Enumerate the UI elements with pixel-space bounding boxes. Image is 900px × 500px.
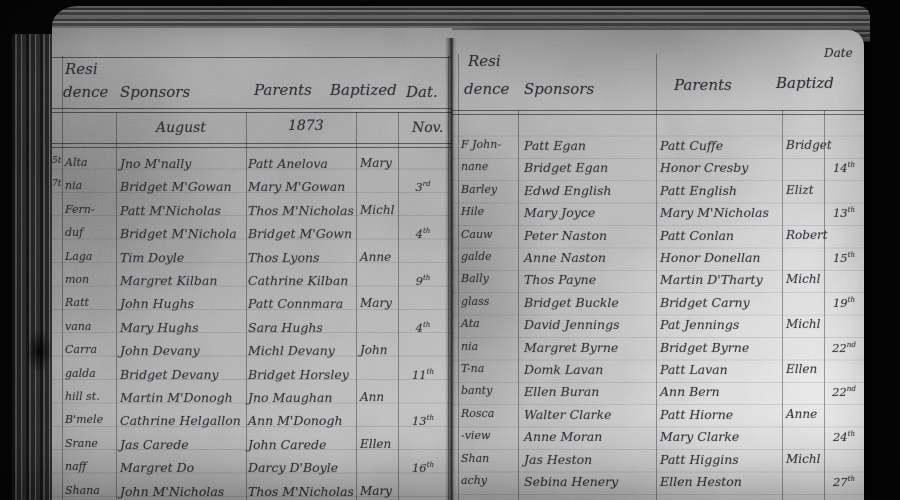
cell-date: 14th bbox=[826, 160, 862, 175]
cell-sponsor: Thos Payne bbox=[524, 272, 596, 287]
register-book-photo: Resi dence Sponsors Parents Baptized Dat… bbox=[0, 0, 900, 500]
cell-baptized: Ellen bbox=[360, 437, 391, 451]
cell-residence: achy bbox=[461, 474, 517, 487]
cell-parents: Patt Anelova bbox=[248, 156, 328, 171]
cell-parents: Jno Maughan bbox=[248, 390, 332, 405]
right-page: Resi dence Sponsors Parents Baptizd Date… bbox=[452, 30, 864, 500]
cell-sponsor: Jas Carede bbox=[120, 437, 189, 452]
cell-sponsor: Bridget M'Nichola bbox=[120, 226, 237, 241]
cell-date: 16th bbox=[400, 460, 446, 475]
header-residence-top: Resi bbox=[468, 52, 501, 70]
cell-sponsor: Tim Doyle bbox=[120, 250, 184, 265]
header-residence-bottom: dence bbox=[464, 80, 509, 98]
cell-date: 19th bbox=[826, 295, 862, 310]
cell-date: 11th bbox=[400, 367, 446, 382]
header-baptized: Baptizd bbox=[776, 74, 834, 92]
header-date: Date bbox=[824, 46, 853, 60]
cell-residence: banty bbox=[461, 384, 517, 397]
cell-sponsor: John Hughs bbox=[120, 296, 194, 311]
register-row: RoscaWalter ClarkePatt HiorneAnne bbox=[452, 407, 864, 429]
cell-residence: nia bbox=[65, 179, 117, 192]
register-row: naneBridget EganHonor Cresby14th bbox=[452, 160, 864, 182]
cell-baptized: Ann bbox=[360, 390, 384, 404]
register-row: T-naDomk LavanPatt LavanEllen bbox=[452, 362, 864, 384]
ink-blot bbox=[26, 328, 52, 374]
cell-parents: Ann Bern bbox=[660, 384, 720, 399]
cell-residence: T-na bbox=[461, 362, 517, 375]
register-row: dufBridget M'NicholaBridget M'Gown4th bbox=[52, 226, 452, 248]
cell-date: 24th bbox=[826, 429, 862, 444]
register-row: achySebina HeneryEllen Heston27th bbox=[452, 474, 864, 496]
cell-sponsor: Jas Heston bbox=[524, 452, 592, 467]
cell-sponsor: Bridget Buckle bbox=[524, 295, 619, 310]
cell-date: 13th bbox=[400, 413, 446, 428]
cell-residence: Laga bbox=[65, 250, 117, 263]
cell-sponsor: Walter Clarke bbox=[524, 407, 612, 422]
cell-sponsor: Bridget Egan bbox=[524, 160, 608, 175]
cell-date: 13th bbox=[826, 205, 862, 220]
cell-parents: Patt Connmara bbox=[248, 296, 343, 311]
cell-residence: Alta bbox=[65, 156, 117, 169]
cell-sponsor: Margret Kilban bbox=[120, 273, 217, 288]
cell-parents: Thos Lyons bbox=[248, 250, 319, 265]
cell-baptized: Mary bbox=[360, 296, 392, 310]
header-parents: Parents bbox=[674, 76, 732, 94]
cell-date: 4th bbox=[400, 320, 446, 335]
register-row: AtaDavid JenningsPat JenningsMichl bbox=[452, 317, 864, 339]
cell-residence: Fern- bbox=[65, 203, 117, 216]
register-row: bantyEllen BuranAnn Bern22nd bbox=[452, 384, 864, 406]
cell-margin-day: 5t bbox=[52, 156, 64, 166]
cell-residence: Barley bbox=[461, 183, 517, 196]
register-row: 5tAltaJno M'nallyPatt AnelovaMary bbox=[52, 156, 452, 178]
cell-sponsor: David Jennings bbox=[524, 317, 619, 332]
cell-residence: Shana bbox=[65, 484, 117, 497]
register-row: -viewAnne MoranMary Clarke24th bbox=[452, 429, 864, 451]
cell-residence: Ata bbox=[461, 317, 517, 330]
cell-parents: Patt Higgins bbox=[660, 452, 739, 467]
cell-date: 15th bbox=[826, 250, 862, 265]
register-row: B'meleCathrine HelgallonAnn M'Donogh13th bbox=[52, 413, 452, 435]
cell-sponsor: John M'Nicholas bbox=[120, 484, 224, 499]
cell-baptized: Bridget bbox=[786, 138, 832, 152]
cell-margin-day: 7t bbox=[52, 179, 64, 189]
cell-residence: vana bbox=[65, 320, 117, 333]
cell-residence: galde bbox=[461, 250, 517, 263]
cell-sponsor: Domk Lavan bbox=[524, 362, 603, 377]
cell-residence: -view bbox=[461, 429, 517, 442]
cell-parents: Ann M'Donogh bbox=[248, 413, 343, 428]
cell-residence: hill st. bbox=[65, 390, 117, 403]
cell-residence: Carra bbox=[65, 343, 117, 356]
cell-date: 22nd bbox=[826, 384, 862, 399]
cell-residence: glass bbox=[461, 295, 517, 308]
cell-date: 9th bbox=[400, 273, 446, 288]
cell-baptized: Anne bbox=[360, 250, 391, 264]
register-row: LagaTim DoyleThos LyonsAnne bbox=[52, 250, 452, 272]
cell-residence: Ratt bbox=[65, 296, 117, 309]
cell-parents: Mary Clarke bbox=[660, 429, 739, 444]
cell-residence: duf bbox=[65, 226, 117, 239]
header-parents: Parents bbox=[254, 81, 312, 99]
cell-sponsor: Margret Byrne bbox=[524, 340, 618, 355]
cell-baptized: Robert bbox=[786, 228, 828, 242]
register-row: glassBridget BuckleBridget Carny19th bbox=[452, 295, 864, 317]
register-row: galdeAnne NastonHonor Donellan15th bbox=[452, 250, 864, 272]
cell-parents: Bridget Horsley bbox=[248, 367, 349, 382]
register-row: 7tniaBridget M'GowanMary M'Gowan3rd bbox=[52, 179, 452, 201]
cell-sponsor: Cathrine Helgallon bbox=[120, 413, 241, 428]
register-row: monMargret KilbanCathrine Kilban9th bbox=[52, 273, 452, 295]
cell-parents: Thos M'Nicholas bbox=[248, 203, 354, 218]
header-rule bbox=[52, 112, 452, 113]
cell-residence: Hile bbox=[461, 205, 517, 218]
register-row: niaMargret ByrneBridget Byrne22nd bbox=[452, 340, 864, 362]
cell-sponsor: Jno M'nally bbox=[120, 156, 191, 171]
cell-sponsor: Margret Do bbox=[120, 460, 194, 475]
cell-parents: Bridget Carny bbox=[660, 295, 750, 310]
header-rule bbox=[452, 110, 864, 111]
subheader-rule bbox=[52, 143, 452, 144]
cell-parents: Thos M'Nicholas bbox=[248, 484, 354, 499]
cell-residence: nia bbox=[461, 340, 517, 353]
register-row: hill st.Martin M'DonoghJno MaughanAnn bbox=[52, 390, 452, 412]
cell-parents: Patt Conlan bbox=[660, 228, 734, 243]
register-row: F John-Patt EganPatt CuffeBridget bbox=[452, 138, 864, 160]
register-row: galdaBridget DevanyBridget Horsley11th bbox=[52, 367, 452, 389]
header-rule bbox=[452, 114, 864, 115]
cell-date: 4th bbox=[400, 226, 446, 241]
book-gutter bbox=[445, 38, 457, 500]
register-row: SraneJas CaredeJohn CaredeEllen bbox=[52, 437, 452, 459]
cell-baptized: Anne bbox=[786, 407, 817, 421]
cell-parents: Bridget M'Gown bbox=[248, 226, 352, 241]
cell-residence: naff bbox=[65, 460, 117, 473]
cell-sponsor: Mary Hughs bbox=[120, 320, 199, 335]
cell-sponsor: Sebina Henery bbox=[524, 474, 618, 489]
subheader-rule bbox=[52, 147, 452, 148]
cell-parents: Honor Cresby bbox=[660, 160, 748, 175]
register-row: Fern-Patt M'NicholasThos M'NicholasMichl bbox=[52, 203, 452, 225]
cell-parents: Bridget Byrne bbox=[660, 340, 749, 355]
cell-sponsor: Peter Naston bbox=[524, 228, 607, 243]
cell-sponsor: Anne Moran bbox=[524, 429, 602, 444]
cell-sponsor: Bridget M'Gowan bbox=[120, 179, 232, 194]
cell-residence: nane bbox=[461, 160, 517, 173]
header-sponsors: Sponsors bbox=[524, 80, 594, 98]
cell-sponsor: Anne Naston bbox=[524, 250, 606, 265]
cell-sponsor: Patt Egan bbox=[524, 138, 586, 153]
register-row: vanaMary HughsSara Hughs4th bbox=[52, 320, 452, 342]
cell-residence: Srane bbox=[65, 437, 117, 450]
cell-sponsor: Mary Joyce bbox=[524, 205, 595, 220]
cell-residence: galda bbox=[65, 367, 117, 380]
header-residence-top: Resi bbox=[65, 60, 98, 78]
cell-residence: mon bbox=[65, 273, 117, 286]
cell-sponsor: Bridget Devany bbox=[120, 367, 219, 382]
header-sponsors: Sponsors bbox=[120, 83, 190, 101]
cell-parents: Honor Donellan bbox=[660, 250, 760, 265]
cell-sponsor: John Devany bbox=[120, 343, 200, 358]
cell-baptized: John bbox=[360, 343, 388, 357]
cell-parents: Patt Hiorne bbox=[660, 407, 733, 422]
cell-date: 27th bbox=[826, 474, 862, 489]
cell-residence: Cauw bbox=[461, 228, 517, 241]
cell-sponsor: Martin M'Donogh bbox=[120, 390, 233, 405]
cell-parents: Cathrine Kilban bbox=[248, 273, 348, 288]
cell-parents: Pat Jennings bbox=[660, 317, 739, 332]
register-row: ShanJas HestonPatt HigginsMichl bbox=[452, 452, 864, 474]
cell-residence: Rosca bbox=[461, 407, 517, 420]
subheader-month: August bbox=[156, 120, 206, 136]
cell-parents: Darcy D'Boyle bbox=[248, 460, 338, 475]
cell-baptized: Michl bbox=[786, 317, 820, 331]
cell-date: 22nd bbox=[826, 340, 862, 355]
subheader-date-month: Nov. bbox=[412, 120, 443, 136]
register-row: BarleyEdwd EnglishPatt EnglishElizt bbox=[452, 183, 864, 205]
cell-parents: Patt Lavan bbox=[660, 362, 728, 377]
cell-parents: Mary M'Nicholas bbox=[660, 205, 769, 220]
header-rule bbox=[52, 108, 452, 109]
cell-parents: Ellen Heston bbox=[660, 474, 742, 489]
register-row: HileMary JoyceMary M'Nicholas13th bbox=[452, 205, 864, 227]
cell-residence: B'mele bbox=[65, 413, 117, 426]
register-row: naffMargret DoDarcy D'Boyle16th bbox=[52, 460, 452, 482]
cell-parents: Mary M'Gowan bbox=[248, 179, 345, 194]
header-baptized: Baptized bbox=[330, 81, 397, 99]
cell-parents: Patt Cuffe bbox=[660, 138, 723, 153]
header-rule bbox=[52, 57, 452, 58]
cell-baptized: Michl bbox=[786, 272, 820, 286]
cell-baptized: Michl bbox=[786, 452, 820, 466]
cell-parents: John Carede bbox=[248, 437, 326, 452]
cell-parents: Patt English bbox=[660, 183, 737, 198]
cell-parents: Martin D'Tharty bbox=[660, 272, 763, 287]
cell-residence: Shan bbox=[461, 452, 517, 465]
register-row: RattJohn HughsPatt ConnmaraMary bbox=[52, 296, 452, 318]
cell-sponsor: Patt M'Nicholas bbox=[120, 203, 221, 218]
register-row: CarraJohn DevanyMichl DevanyJohn bbox=[52, 343, 452, 365]
cell-parents: Sara Hughs bbox=[248, 320, 323, 335]
cell-sponsor: Edwd English bbox=[524, 183, 611, 198]
cell-parents: Michl Devany bbox=[248, 343, 335, 358]
header-date: Dat. bbox=[406, 83, 438, 101]
register-row: ShanaJohn M'NicholasThos M'NicholasMary bbox=[52, 484, 452, 500]
cell-baptized: Elizt bbox=[786, 183, 814, 197]
cell-residence: Bally bbox=[461, 272, 517, 285]
subheader-year: 1873 bbox=[288, 118, 324, 134]
header-residence-bottom: dence bbox=[63, 83, 108, 101]
cell-baptized: Mary bbox=[360, 156, 392, 170]
cell-sponsor: Ellen Buran bbox=[524, 384, 599, 399]
cell-baptized: Mary bbox=[360, 484, 392, 498]
left-page: Resi dence Sponsors Parents Baptized Dat… bbox=[52, 28, 452, 500]
cell-baptized: Michl bbox=[360, 203, 394, 217]
cell-baptized: Ellen bbox=[786, 362, 817, 376]
register-row: BallyThos PayneMartin D'ThartyMichl bbox=[452, 272, 864, 294]
cell-residence: F John- bbox=[461, 138, 517, 151]
register-row: CauwPeter NastonPatt ConlanRobert bbox=[452, 228, 864, 250]
cell-date: 3rd bbox=[400, 179, 446, 194]
